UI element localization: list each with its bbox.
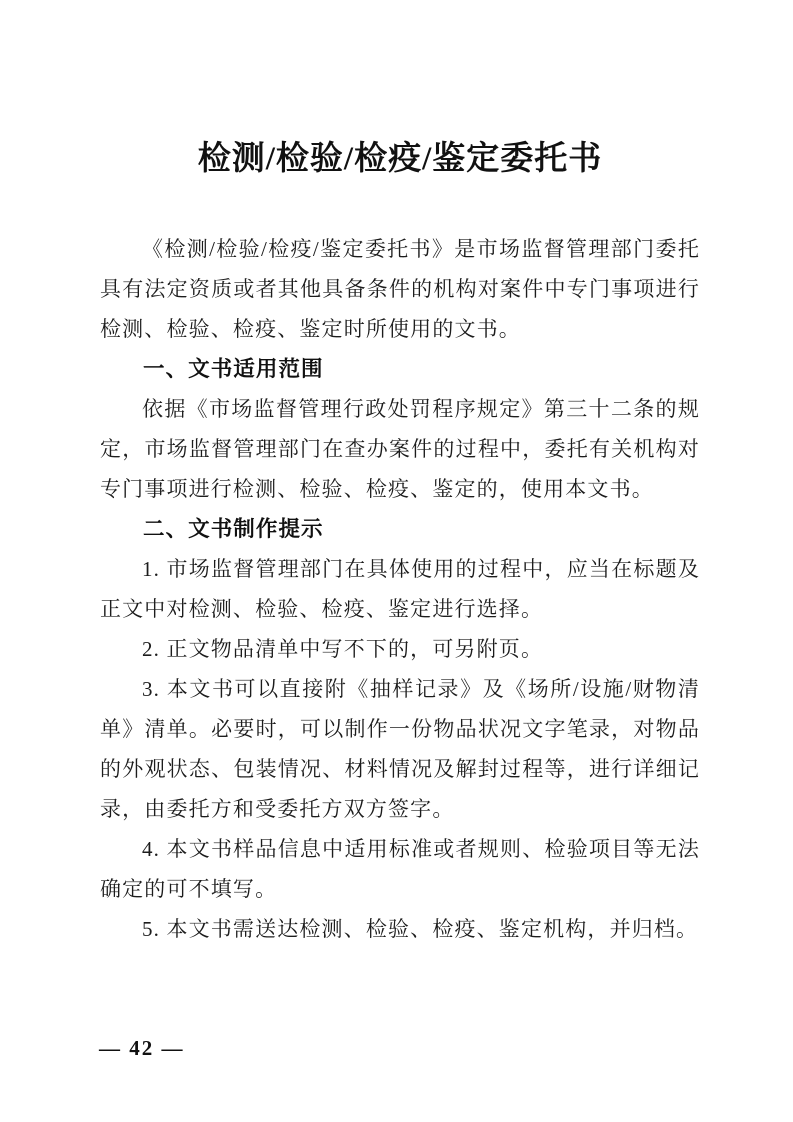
section-2-item-4: 4. 本文书样品信息中适用标准或者规则、检验项目等无法确定的可不填写。 [100, 829, 700, 909]
section-1-paragraph-1: 依据《市场监督管理行政处罚程序规定》第三十二条的规定，市场监督管理部门在查办案件… [100, 389, 700, 509]
document-page: 检测/检验/检疫/鉴定委托书 《检测/检验/检疫/鉴定委托书》是市场监督管理部门… [0, 0, 793, 1122]
document-title: 检测/检验/检疫/鉴定委托书 [100, 0, 700, 178]
page-number: — 42 — [99, 1036, 185, 1061]
section-2-item-1: 1. 市场监督管理部门在具体使用的过程中，应当在标题及正文中对检测、检验、检疫、… [100, 549, 700, 629]
section-1-heading: 一、文书适用范围 [100, 349, 700, 389]
document-body: 《检测/检验/检疫/鉴定委托书》是市场监督管理部门委托具有法定资质或者其他具备条… [100, 229, 700, 949]
document-content: 检测/检验/检疫/鉴定委托书 《检测/检验/检疫/鉴定委托书》是市场监督管理部门… [100, 0, 700, 949]
section-2-item-2: 2. 正文物品清单中写不下的，可另附页。 [100, 629, 700, 669]
intro-paragraph: 《检测/检验/检疫/鉴定委托书》是市场监督管理部门委托具有法定资质或者其他具备条… [100, 229, 700, 349]
section-2-item-5: 5. 本文书需送达检测、检验、检疫、鉴定机构，并归档。 [100, 909, 700, 949]
section-2-item-3: 3. 本文书可以直接附《抽样记录》及《场所/设施/财物清单》清单。必要时，可以制… [100, 669, 700, 829]
section-2-heading: 二、文书制作提示 [100, 509, 700, 549]
